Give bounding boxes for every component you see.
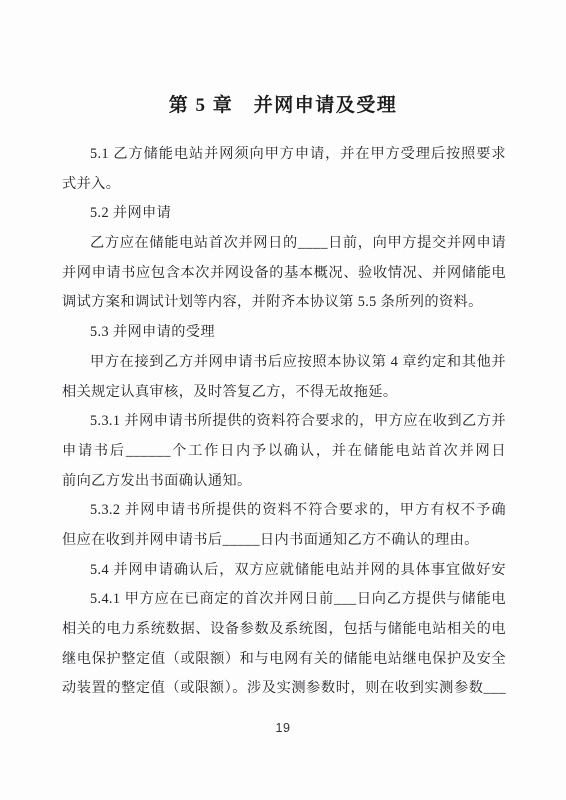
doc-line: 调试方案和调试计划等内容，并附齐本协议第 5.5 条所列的资料。: [62, 288, 506, 318]
doc-line: 并网申请书应包含本次并网设备的基本概况、验收情况、并网储能电站: [62, 259, 506, 289]
document-page: 第 5 章 并网申请及受理 5.1 乙方储能电站并网须向甲方申请，并在甲方受理后…: [0, 0, 566, 800]
document-body: 5.1 乙方储能电站并网须向甲方申请，并在甲方受理后按照要求的方 式并入。 5.…: [62, 140, 506, 704]
doc-line: 5.2 并网申请: [62, 199, 506, 229]
chapter-title: 第 5 章 并网申请及受理: [0, 90, 566, 117]
doc-line: 5.3 并网申请的受理: [62, 318, 506, 348]
doc-line: 5.3.1 并网申请书所提供的资料符合要求的，甲方应在收到乙方并网: [62, 407, 506, 437]
doc-line: 5.3.2 并网申请书所提供的资料不符合要求的，甲方有权不予确认，: [62, 496, 506, 526]
doc-line: 但应在收到并网申请书后_____日内书面通知乙方不确认的理由。: [62, 526, 506, 556]
doc-line: 甲方在接到乙方并网申请书后应按照本协议第 4 章约定和其他并网: [62, 348, 506, 378]
doc-line: 申请书后______个工作日内予以确认，并在储能电站首次并网日_____日: [62, 437, 506, 467]
doc-line: 相关的电力系统数据、设备参数及系统图，包括与储能电站相关的电网: [62, 615, 506, 645]
doc-line: 前向乙方发出书面确认通知。: [62, 467, 506, 497]
doc-line: 乙方应在储能电站首次并网日的____日前，向甲方提交并网申请书，: [62, 229, 506, 259]
doc-line: 5.1 乙方储能电站并网须向甲方申请，并在甲方受理后按照要求的方: [62, 140, 506, 170]
doc-line: 式并入。: [62, 170, 506, 200]
page-number: 19: [0, 721, 566, 735]
doc-line: 5.4 并网申请确认后，双方应就储能电站并网的具体事宜做好安排。: [62, 556, 506, 586]
doc-line: 5.4.1 甲方应在已商定的首次并网日前___日向乙方提供与储能电站: [62, 585, 506, 615]
doc-line: 继电保护整定值（或限额）和与电网有关的储能电站继电保护及安全自: [62, 645, 506, 675]
doc-line: 动装置的整定值（或限额）。涉及实测参数时，则在收到实测参数___个: [62, 674, 506, 704]
doc-line: 相关规定认真审核，及时答复乙方，不得无故拖延。: [62, 378, 506, 408]
